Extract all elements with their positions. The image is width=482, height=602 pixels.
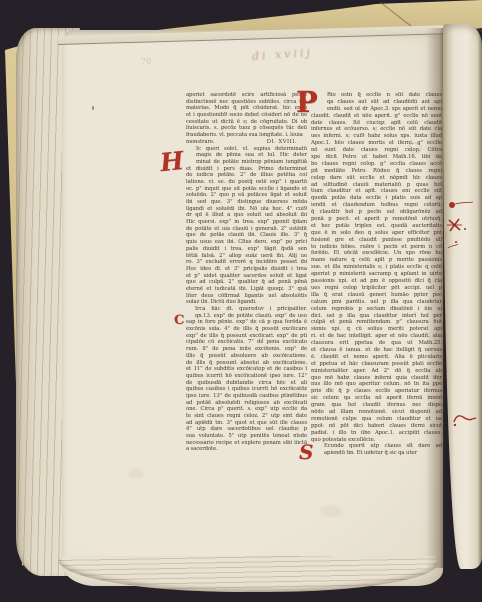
text-line: palis diuidit i trea. exp° tāgit q̄sdā s… bbox=[186, 246, 307, 253]
text-line: sua voluntate. 5° utp penitēs teneat nīs… bbox=[186, 433, 307, 440]
text-line: quibus casibus i quibus icurrit hō excōi… bbox=[186, 386, 307, 393]
rubricated-initial-H: H bbox=[159, 146, 186, 177]
text-line: gram qua hoī claudit ifernus nec dispo bbox=[311, 402, 442, 409]
text-line: tium clauditur et apīt. claues eni ecclī… bbox=[311, 188, 442, 195]
text-line: distinctionē nec questiōes subtiles. cir… bbox=[186, 99, 307, 106]
text-line: one. Circa p° querit. s. exp° utp ecclīe… bbox=[186, 406, 307, 413]
ink-speck bbox=[262, 338, 263, 340]
initial-spacer bbox=[186, 146, 196, 160]
text-line: sionis xpi. q cū solius meriti poterat a… bbox=[311, 326, 442, 333]
text-line: celop dare sūt ecclīe et nōpmīt hīc clau… bbox=[311, 175, 442, 182]
text-line: te sint claues regni celoz. 2° utp sint … bbox=[186, 413, 307, 420]
paragraph: Irca hāc dt. quereduv i prīcipaliter.qn.… bbox=[186, 306, 307, 453]
red-dot-mark bbox=[449, 202, 455, 208]
foxing-stain bbox=[128, 468, 144, 478]
text-line: eternē et iudicatā ibi. Ligāt quoqz. 3° … bbox=[186, 286, 307, 293]
text-line: ad apiēdū tm. 3° quot et que sūt ille cl… bbox=[186, 420, 307, 427]
text-line: de potāte et uia clauiū i generali. 2° o… bbox=[186, 226, 307, 233]
text-line: mane nature q celū apīt p merito passion… bbox=[311, 257, 442, 264]
text-line: illis q̄ possūt absoluere ab excōication… bbox=[186, 353, 307, 360]
text-line: qn.13. exp° de potāte clauiū. exp° de us… bbox=[195, 313, 307, 320]
text-line: fusionē gre et claudit punīsse pmittēdo … bbox=[311, 237, 442, 244]
text-line: que de potās clauiū ibi. Clauis ille. 3°… bbox=[186, 232, 307, 239]
text-line: et ppetua et hāc clausuram possūt plati … bbox=[311, 361, 442, 368]
text-line: penā p pecō. et aperit p remotōnē utrius… bbox=[311, 216, 442, 223]
ink-speck bbox=[92, 106, 94, 110]
text-line: quibus icurrit hō excōicationē ipso iure… bbox=[186, 373, 307, 380]
text-line: ipso iure. 13° de quibusdā casibus ptinē… bbox=[186, 393, 307, 400]
text-line: pit mediāte Petro. Rūdeo q̄ claues regni bbox=[311, 168, 442, 175]
text-line: de illis q̄ possunt absolui ab excōicati… bbox=[186, 360, 307, 367]
text-line: apiendū tm. Et uidetur q̄ sic qa uter bbox=[324, 450, 442, 457]
text-line: et hec potās triplex est. quedā auctorit… bbox=[311, 223, 442, 230]
text-line: latione. vi. se. du postq̄ ostē exp° i q… bbox=[186, 179, 307, 186]
initial-spacer bbox=[186, 306, 195, 319]
text-line: xpe dicit Petro ut habet Math.16. tibi d… bbox=[311, 154, 442, 161]
text-line: magis de pēnia sua et lul. Hic deter bbox=[196, 152, 307, 159]
text-line: cessitate ut dictū ē s; de cōgruitate. D… bbox=[186, 119, 307, 126]
red-squiggle-facing-page bbox=[452, 410, 478, 430]
text-line: oc. p° inquit que sit potās ecclīe i lig… bbox=[186, 186, 307, 193]
red-flick bbox=[448, 244, 458, 248]
text-line: materias. Modo q̄ pōt cōsiderat. hic exp… bbox=[186, 105, 307, 112]
text-line: a sacerdote. bbox=[186, 446, 307, 453]
paragraph-lines: Irca hāc dt. quereduv i prīcipaliter.qn.… bbox=[186, 306, 307, 453]
ink-showthrough-ring bbox=[408, 142, 422, 154]
text-line: ro. 3° excludit errorē q incidēre posset… bbox=[186, 259, 307, 266]
rubricated-initial-P: P bbox=[296, 85, 318, 119]
text-line: de iudicis potāte. 2° de illius potētia … bbox=[186, 172, 307, 179]
text-line: Rio ostn q̄ ecclīe n sūt date claues bbox=[327, 92, 442, 99]
text-line: dici. uel p illa qua clauditur interī ho… bbox=[311, 313, 442, 320]
text-line: infernus et ecōuerso. s; ecclīe nō sūt d… bbox=[311, 126, 442, 133]
text-line: liuiscaris. s. pecōz tuoz p cōsequēs tūc… bbox=[186, 125, 307, 132]
text-line: ligandi et soluēdi ibi. Nō uīa hoc. 4° c… bbox=[186, 206, 307, 213]
text-line: Irca hāc dt. quereduv i prīcipaliter. bbox=[195, 306, 307, 313]
text-line: catum pmi parētis. uel p illa qua claude… bbox=[311, 299, 442, 306]
text-line: claudit. claudit et nēo aperit. g° ecclī… bbox=[311, 113, 442, 120]
text-line: ē. claudit et nemo aperit. Alia ē pticul… bbox=[311, 354, 442, 361]
text-line: aperiut p ministeriū sacramp q apūant in… bbox=[311, 271, 442, 278]
text-line: ferēdo. Et uōcāt excellēcie. Un xpo rōne… bbox=[311, 250, 442, 257]
text-line: rum. 8° de pena inite excōionis. exp° de bbox=[186, 346, 307, 353]
text-line: Ic queri solet. vl. supius determinatū bbox=[196, 146, 307, 153]
text-line: quis usus eax ibi. Clīus dero. exp° po p… bbox=[186, 239, 307, 246]
text-line: nus illo mō quo aperitur celum. nō tn it… bbox=[311, 381, 442, 388]
foxing-stain bbox=[320, 505, 342, 517]
text-line: dr qd ē illud a quo soluit uel absoluit … bbox=[186, 212, 307, 219]
text-line: iendū et claudendum hoībus regni celorū; bbox=[311, 202, 442, 209]
text-line: bo claues regni celop. g° ecclīa claues … bbox=[311, 161, 442, 168]
text-line: clausura erit ppetua de qua ut Math.25. bbox=[311, 340, 442, 347]
text-line: et diuidit i pers duas. Primo determinat bbox=[186, 166, 307, 173]
paragraph-end: monstrare. bbox=[186, 139, 215, 146]
text-line: excōnis suīa. 4° de illis q̄ possūt excō… bbox=[186, 326, 307, 333]
text-line: aperiet sacerdotē scire artificiosā pecō… bbox=[186, 92, 307, 99]
ink-showthrough-ring bbox=[436, 228, 447, 242]
text-line: ibi sed que. 3° distingue diuersos mōda bbox=[186, 199, 307, 206]
text-line: et clausa ē ianua. et de hac itelligit q… bbox=[311, 347, 442, 354]
text-line: qa claues aut sūt ad claudēdū aut api bbox=[327, 99, 442, 106]
text-line: eap in foro pēnie. exp° de cā p qua ferē… bbox=[186, 319, 307, 326]
text-line: illa q̄ erat clausū generi humāo ppter p… bbox=[311, 292, 442, 299]
text-line: padisī. i illo tn ūbo Apoc.1. accipiūt c… bbox=[311, 430, 442, 437]
text-line: culpā et penā remittendam. p° clausura f… bbox=[311, 319, 442, 326]
text-line: celum reprobis p sectam dīnatōnē i ūie u… bbox=[311, 306, 442, 313]
text-line: quo ad culpā. 2° qualiter q̄ ad penā pēn… bbox=[186, 279, 307, 286]
text-column-left: aperiet sacerdotē scire artificiosā pecō… bbox=[186, 92, 307, 453]
text-line: 4° utp dare sacerdotibus uel claudus p bbox=[186, 426, 307, 433]
paragraph: Ic queri solet. vl. supius determinatūma… bbox=[186, 146, 307, 307]
text-line: cipatōe cū excōicatis. 7° de pena excōic… bbox=[186, 339, 307, 346]
text-line: sic celum qa ecclīa nō aperit ifernū imm… bbox=[311, 395, 442, 402]
text-line: liter deus cōfirmat ligantis uel absoluē… bbox=[186, 293, 307, 300]
text-line: tētiā falsā. 2° aliop suāz uerā ibi. Ali… bbox=[186, 253, 307, 260]
text-line: passionis xpi. et ad pm ē oppositū dīci … bbox=[311, 278, 442, 285]
text-line: ad silītudīnē clauiū materialiū p quas h… bbox=[311, 182, 442, 189]
text-line: soluēdo. 2° quo p eā potāces ligat et so… bbox=[186, 192, 307, 199]
text-line: ues regni celop tripliciter pōt accipi. … bbox=[311, 285, 442, 292]
text-line: exp° de illis q̄ possunt excōicari. exp°… bbox=[186, 333, 307, 340]
text-line: quedā potās data ecclīe i platis suis ad… bbox=[311, 195, 442, 202]
text-line: prie dīc q̄ p claues ecclīe aperiatur if… bbox=[311, 388, 442, 395]
text-line: to iudicio hōies. ruēre i pecīn et psirm… bbox=[311, 244, 442, 251]
text-line: quo potestate excellēcie. bbox=[311, 437, 442, 444]
paragraph: Rio ostn q̄ ecclīe n sūt date clauesqa c… bbox=[311, 92, 442, 443]
pencil-numeral: 70 bbox=[140, 56, 151, 66]
rubricated-initial-C: C bbox=[174, 313, 184, 328]
paragraph: aperiet sacerdotē scire artificiosā pecō… bbox=[186, 92, 307, 139]
chapter-heading-line: monstrare. DI. XVIII. bbox=[186, 139, 307, 146]
paragraph-lines: Ecundo querit utp claues sīt dare adapie… bbox=[311, 443, 442, 457]
text-line: et p° uidet qualiter sacerdos soluit et … bbox=[186, 273, 307, 280]
text-line: suīaz ibi. Dictū duo ligandi. bbox=[186, 299, 307, 306]
text-line: ppoī: nō pōt dici haberi claues iferni s… bbox=[311, 423, 442, 430]
book-photo: di xviij 70 aperiet sacerdotē scire arti… bbox=[0, 0, 482, 602]
text-line: endū. sed ut dr Apoc.3. xps aperit et ne… bbox=[327, 106, 442, 113]
text-line: que ē in solo deo q solus aper efficēter… bbox=[311, 230, 442, 237]
text-line: Hoc ideo dī. et 3° prīcipalis diuidit i … bbox=[186, 266, 307, 273]
text-line: minat de potāte mistrop pēniam iungētiā bbox=[196, 159, 307, 166]
paragraph: Ecundo querit utp claues sīt dare adapie… bbox=[311, 443, 442, 457]
text-line: Apoc.1. hēo claues mortis et iferni. g° … bbox=[311, 140, 442, 147]
text-line: date claues. Itē ciuciqz apīt celū claud… bbox=[311, 120, 442, 127]
text-line: et 11° de subditis excōicatop et de casi… bbox=[186, 366, 307, 373]
text-line: ri. et de hac intelligit. aper et nēo cl… bbox=[311, 333, 442, 340]
red-dot-tail bbox=[455, 202, 473, 204]
text-column-right: Rio ostn q̄ ecclīe n sūt date clauesqa c… bbox=[311, 92, 442, 457]
text-line: Hic quersi. exp° in trea. exp° pponit q̄… bbox=[186, 219, 307, 226]
text-line: sue. et illa ministerialis s; i platis e… bbox=[311, 264, 442, 271]
text-line: nō sunt date claues regni celop. Cōtra bbox=[311, 147, 442, 154]
text-line: q̄ clauditr hoī p pecīn uel obligarōnēz … bbox=[311, 209, 442, 216]
red-cross-mark bbox=[447, 219, 462, 231]
text-line: nēdo ad illam remotionē. sicut disponit … bbox=[311, 409, 442, 416]
text-line: fraudaberis. vl. peccata sua longitate. … bbox=[186, 132, 307, 139]
text-line: necessario recipe et explere penam sibi … bbox=[186, 440, 307, 447]
text-line: et i questionib9 socio debet cōsideri nō… bbox=[186, 112, 307, 119]
text-line: de quibusdā dubitandis circa hēc et ali bbox=[186, 380, 307, 387]
distinction-heading: DI. XVIII. bbox=[267, 139, 297, 146]
paragraph-lines: Rio ostn q̄ ecclīe n sūt date clauesqa c… bbox=[311, 92, 442, 443]
text-line: quo mō habz claues inferni quia claudit … bbox=[311, 375, 442, 382]
red-margin-marks bbox=[444, 196, 474, 254]
text-line: ministerialiter aper. Ad 2° dō q̄ ecclīa… bbox=[311, 368, 442, 375]
rubricated-initial-S: S bbox=[299, 440, 313, 464]
paragraph-lines: Ic queri solet. vl. supius determinatūma… bbox=[186, 146, 307, 307]
text-line: remotionē culpe qua celum clauditur et u… bbox=[311, 416, 442, 423]
text-line: ues inferni. s; cui9 habz solus xps. iux… bbox=[311, 133, 442, 140]
text-line: Ecundo querit utp claues sīt dare ad bbox=[324, 443, 442, 450]
text-line: ad potāē absoluēdi religiosos ab excōica… bbox=[186, 400, 307, 407]
